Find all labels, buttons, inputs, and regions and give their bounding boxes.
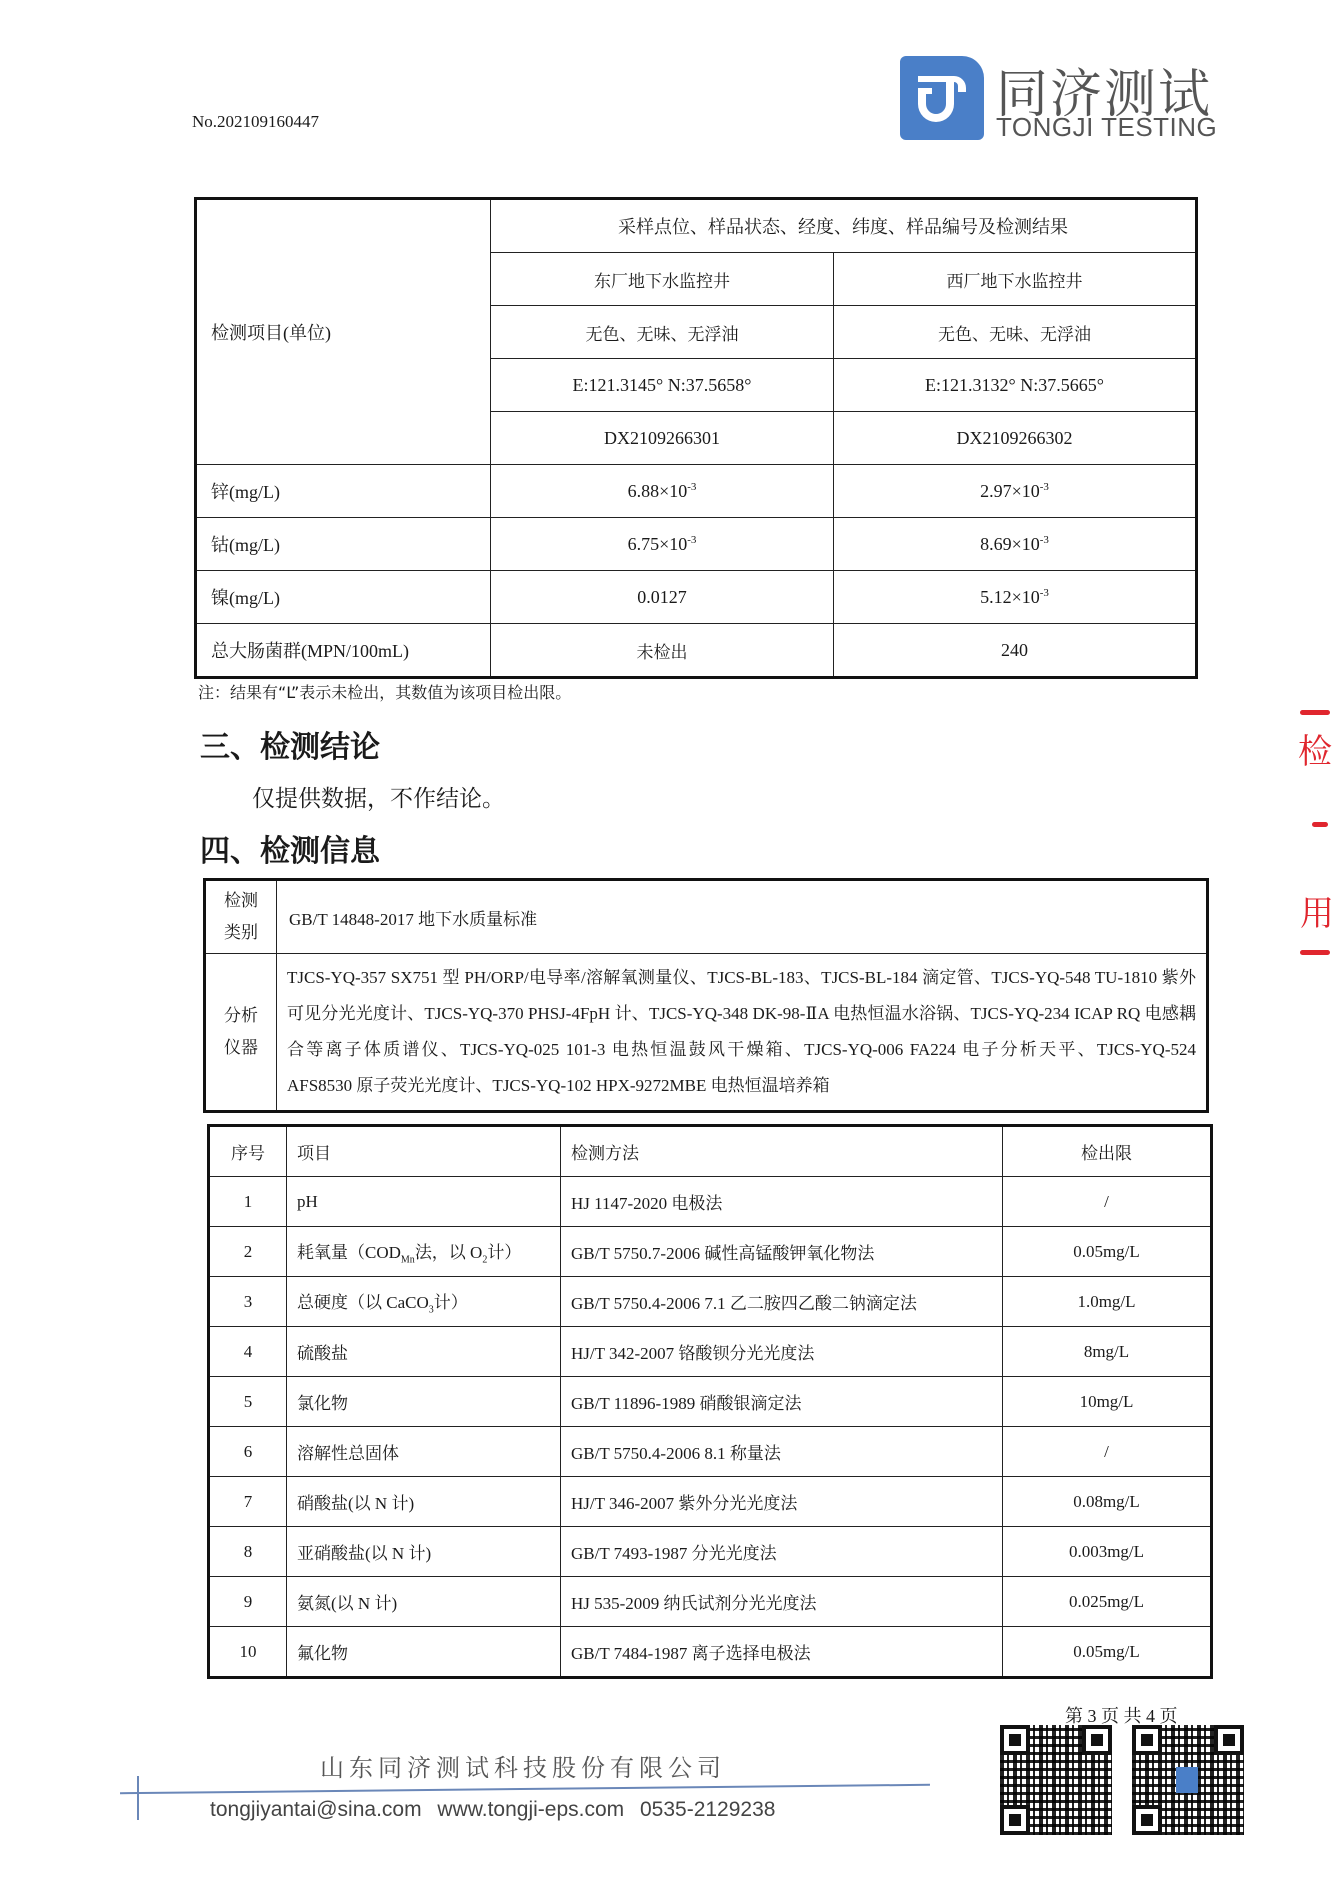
row-no: 10 [209,1627,287,1678]
row-item: 氨氮(以 N 计) [287,1577,561,1627]
sample-id-east: DX2109266301 [491,412,834,465]
group-header: 采样点位、样品状态、经度、纬度、样品编号及检测结果 [491,199,1197,253]
table-row: 1 pH HJ 1147-2020 电极法 / [209,1177,1212,1227]
table-row: 镍(mg/L) 0.0127 5.12×10-3 [196,571,1197,624]
row-item: 氯化物 [287,1377,561,1427]
row-limit: 0.08mg/L [1003,1477,1212,1527]
row-item: 硫酸盐 [287,1327,561,1377]
results-note: 注：结果有“L”表示未检出，其数值为该项目检出限。 [198,680,571,703]
row-no: 3 [209,1277,287,1327]
row-item: 溶解性总固体 [287,1427,561,1477]
col-header-no: 序号 [209,1126,287,1177]
footer-divider-vertical [137,1776,139,1820]
result-east: 6.75×10-3 [491,518,834,571]
result-west: 240 [834,624,1197,678]
conclusion-text: 仅提供数据，不作结论。 [252,780,505,813]
col-header-method: 检测方法 [561,1126,1003,1177]
result-item: 钴(mg/L) [196,518,491,571]
sample-id-west: DX2109266302 [834,412,1197,465]
qr-code-icon [1132,1725,1244,1835]
methods-table: 序号 项目 检测方法 检出限 1 pH HJ 1147-2020 电极法 / 2… [207,1124,1213,1679]
table-row: 6 溶解性总固体 GB/T 5750.4-2006 8.1 称量法 / [209,1427,1212,1477]
row-method: GB/T 11896-1989 硝酸银滴定法 [561,1377,1003,1427]
row-no: 1 [209,1177,287,1227]
sample-location-west: 西厂地下水监控井 [834,253,1197,306]
company-logo: 同济测试 TONGJI TESTING [900,56,1220,144]
result-west: 2.97×10-3 [834,465,1197,518]
table-row: 10 氟化物 GB/T 7484-1987 离子选择电极法 0.05mg/L [209,1627,1212,1678]
table-row: 8 亚硝酸盐(以 N 计) GB/T 7493-1987 分光光度法 0.003… [209,1527,1212,1577]
row-limit: 0.05mg/L [1003,1627,1212,1678]
row-no: 5 [209,1377,287,1427]
stamp-arc [1300,710,1330,715]
row-no: 7 [209,1477,287,1527]
company-name: 山东同济测试科技股份有限公司 [320,1748,726,1783]
table-row: 9 氨氮(以 N 计) HJ 535-2009 纳氏试剂分光光度法 0.025m… [209,1577,1212,1627]
category-value: GB/T 14848-2017 地下水质量标准 [277,880,1208,954]
col-header-item: 项目 [287,1126,561,1177]
stamp-char: 用 [1300,886,1334,935]
sample-location-east: 东厂地下水监控井 [491,253,834,306]
table-row: 4 硫酸盐 HJ/T 342-2007 铬酸钡分光光度法 8mg/L [209,1327,1212,1377]
table-row: 2 耗氧量（CODMn法，以 O2计） GB/T 5750.7-2006 碱性高… [209,1227,1212,1277]
result-east: 0.0127 [491,571,834,624]
table-row: 锌(mg/L) 6.88×10-3 2.97×10-3 [196,465,1197,518]
table-row: 5 氯化物 GB/T 11896-1989 硝酸银滴定法 10mg/L [209,1377,1212,1427]
row-limit: 0.003mg/L [1003,1527,1212,1577]
row-limit: / [1003,1427,1212,1477]
table-row: 3 总硬度（以 CaCO3计） GB/T 5750.4-2006 7.1 乙二胺… [209,1277,1212,1327]
result-item: 镍(mg/L) [196,571,491,624]
logo-english-name: TONGJI TESTING [996,112,1217,143]
tj-logo-icon [1176,1767,1198,1793]
row-item: 硝酸盐(以 N 计) [287,1477,561,1527]
table-row: 钴(mg/L) 6.75×10-3 8.69×10-3 [196,518,1197,571]
footer-divider [120,1784,930,1794]
row-limit: 1.0mg/L [1003,1277,1212,1327]
row-item: 总硬度（以 CaCO3计） [287,1277,561,1327]
row-method: GB/T 5750.4-2006 7.1 乙二胺四乙酸二钠滴定法 [561,1277,1003,1327]
row-no: 8 [209,1527,287,1577]
row-method: HJ 535-2009 纳氏试剂分光光度法 [561,1577,1003,1627]
section-4-title: 四、检测信息 [200,826,380,870]
stamp-arc [1312,822,1328,827]
sample-state-west: 无色、无味、无浮油 [834,306,1197,359]
row-method: HJ/T 342-2007 铬酸钡分光光度法 [561,1327,1003,1377]
row-no: 4 [209,1327,287,1377]
row-no: 9 [209,1577,287,1627]
report-number: No.202109160447 [192,112,319,132]
row-header-label: 检测项目(单位) [196,199,491,465]
row-item: 耗氧量（CODMn法，以 O2计） [287,1227,561,1277]
stamp-char: 检 [1298,724,1332,773]
instrument-list: TJCS-YQ-357 SX751 型 PH/ORP/电导率/溶解氧测量仪、TJ… [277,954,1208,1112]
row-item: 氟化物 [287,1627,561,1678]
row-no: 6 [209,1427,287,1477]
result-west: 5.12×10-3 [834,571,1197,624]
methods-header-row: 序号 项目 检测方法 检出限 [209,1126,1212,1177]
sample-coords-west: E:121.3132° N:37.5665° [834,359,1197,412]
result-east: 6.88×10-3 [491,465,834,518]
row-limit: 0.025mg/L [1003,1577,1212,1627]
section-3-title: 三、检测结论 [200,722,380,766]
result-item: 锌(mg/L) [196,465,491,518]
row-limit: 0.05mg/L [1003,1227,1212,1277]
row-limit: / [1003,1177,1212,1227]
row-limit: 8mg/L [1003,1327,1212,1377]
col-header-limit: 检出限 [1003,1126,1212,1177]
row-method: HJ 1147-2020 电极法 [561,1177,1003,1227]
row-item: 亚硝酸盐(以 N 计) [287,1527,561,1577]
qr-code-icon [1000,1725,1112,1835]
result-west: 8.69×10-3 [834,518,1197,571]
sample-state-east: 无色、无味、无浮油 [491,306,834,359]
stamp-arc [1300,950,1330,955]
test-info-table: 检测类别 GB/T 14848-2017 地下水质量标准 分析仪器 TJCS-Y… [203,878,1209,1113]
tj-logo-icon [900,56,984,140]
results-table: 检测项目(单位) 采样点位、样品状态、经度、纬度、样品编号及检测结果 东厂地下水… [194,197,1198,679]
result-east: 未检出 [491,624,834,678]
category-label: 检测类别 [205,880,277,954]
row-method: GB/T 5750.7-2006 碱性高锰酸钾氧化物法 [561,1227,1003,1277]
row-method: HJ/T 346-2007 紫外分光光度法 [561,1477,1003,1527]
row-no: 2 [209,1227,287,1277]
contact-info: tongjiyantai@sina.com www.tongji-eps.com… [210,1798,775,1822]
row-item: pH [287,1177,561,1227]
sample-coords-east: E:121.3145° N:37.5658° [491,359,834,412]
red-seal-stamp: 检 用 [1290,710,1336,970]
row-method: GB/T 7484-1987 离子选择电极法 [561,1627,1003,1678]
result-item: 总大肠菌群(MPN/100mL) [196,624,491,678]
table-row: 总大肠菌群(MPN/100mL) 未检出 240 [196,624,1197,678]
row-method: GB/T 5750.4-2006 8.1 称量法 [561,1427,1003,1477]
instrument-label: 分析仪器 [205,954,277,1112]
row-method: GB/T 7493-1987 分光光度法 [561,1527,1003,1577]
row-limit: 10mg/L [1003,1377,1212,1427]
table-row: 7 硝酸盐(以 N 计) HJ/T 346-2007 紫外分光光度法 0.08m… [209,1477,1212,1527]
